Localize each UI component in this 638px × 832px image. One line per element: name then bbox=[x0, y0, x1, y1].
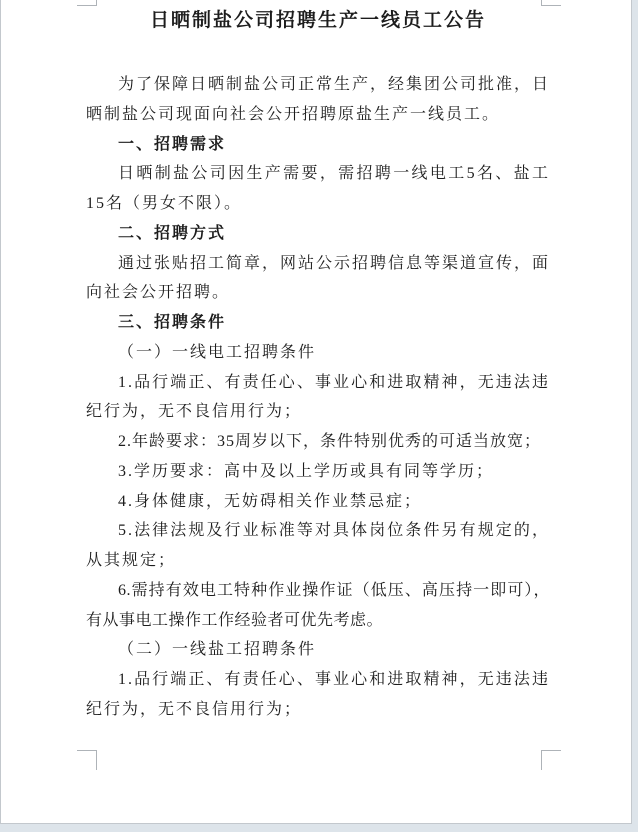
condition-item-3: 3.学历要求：高中及以上学历或具有同等学历； bbox=[86, 457, 550, 487]
section-heading-1: 一、招聘需求 bbox=[86, 130, 550, 160]
paragraph-demand: 日晒制盐公司因生产需要，需招聘一线电工5名、盐工15名（男女不限）。 bbox=[86, 159, 550, 219]
subsection-heading-2: （二）一线盐工招聘条件 bbox=[86, 635, 550, 665]
crop-mark-bottom-right-icon bbox=[541, 750, 561, 770]
condition-item-5: 5.法律法规及行业标准等对具体岗位条件另有规定的，从其规定； bbox=[86, 516, 550, 576]
condition-item-7: 1.品行端正、有责任心、事业心和进取精神，无违法违纪行为，无不良信用行为； bbox=[86, 665, 550, 725]
condition-item-6: 6.需持有效电工特种作业操作证（低压、高压持一即可），有从事电工操作工作经验者可… bbox=[86, 576, 550, 636]
paragraph-method: 通过张贴招工简章，网站公示招聘信息等渠道宣传，面向社会公开招聘。 bbox=[86, 249, 550, 309]
document-title: 日晒制盐公司招聘生产一线员工公告 bbox=[86, 0, 550, 38]
document-viewport: 日晒制盐公司招聘生产一线员工公告 为了保障日晒制盐公司正常生产，经集团公司批准，… bbox=[0, 0, 638, 832]
crop-mark-bottom-left-icon bbox=[77, 750, 97, 770]
section-heading-3: 三、招聘条件 bbox=[86, 308, 550, 338]
condition-item-2: 2.年龄要求：35周岁以下，条件特别优秀的可适当放宽； bbox=[86, 427, 550, 457]
subsection-heading-1: （一）一线电工招聘条件 bbox=[86, 338, 550, 368]
condition-item-1: 1.品行端正、有责任心、事业心和进取精神，无违法违纪行为，无不良信用行为； bbox=[86, 368, 550, 428]
section-heading-2: 二、招聘方式 bbox=[86, 219, 550, 249]
document-body: 日晒制盐公司招聘生产一线员工公告 为了保障日晒制盐公司正常生产，经集团公司批准，… bbox=[86, 0, 550, 725]
paragraph-intro: 为了保障日晒制盐公司正常生产，经集团公司批准，日晒制盐公司现面向社会公开招聘原盐… bbox=[86, 70, 550, 130]
document-page[interactable]: 日晒制盐公司招聘生产一线员工公告 为了保障日晒制盐公司正常生产，经集团公司批准，… bbox=[0, 0, 632, 824]
condition-item-4: 4.身体健康，无妨碍相关作业禁忌症； bbox=[86, 487, 550, 517]
